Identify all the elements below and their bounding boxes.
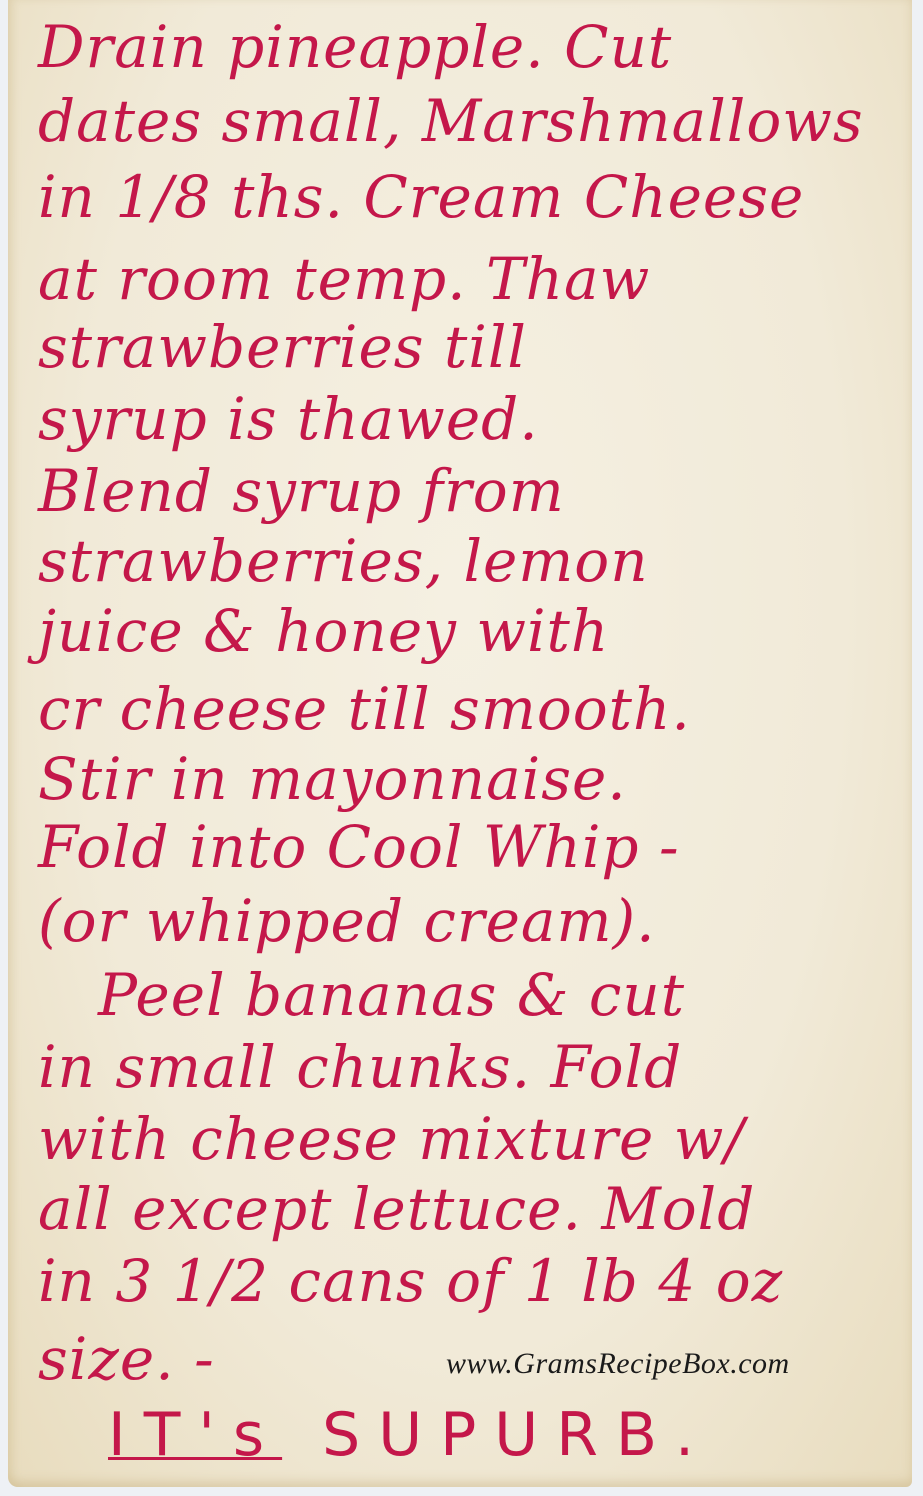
recipe-line: (or whipped cream). bbox=[38, 892, 656, 950]
closing-its: IT's bbox=[108, 1400, 282, 1470]
recipe-line: in 3 1/2 cans of 1 lb 4 oz bbox=[38, 1252, 783, 1310]
recipe-line: juice & honey with bbox=[38, 602, 609, 660]
recipe-line: Fold into Cool Whip - bbox=[38, 818, 680, 876]
recipe-line: Drain pineapple. Cut bbox=[38, 18, 672, 76]
recipe-line: with cheese mixture w/ bbox=[38, 1110, 745, 1168]
closing-remark: IT'sSUPURB. bbox=[108, 1400, 712, 1470]
recipe-line: Stir in mayonnaise. bbox=[38, 750, 627, 808]
recipe-line: at room temp. Thaw bbox=[38, 250, 650, 308]
closing-superb: SUPURB. bbox=[322, 1400, 712, 1470]
recipe-line: size. - bbox=[38, 1330, 215, 1388]
recipe-line: cr cheese till smooth. bbox=[38, 680, 691, 738]
recipe-line: syrup is thawed. bbox=[38, 390, 539, 448]
recipe-line: in small chunks. Fold bbox=[38, 1038, 682, 1096]
recipe-card: Drain pineapple. Cut dates small, Marshm… bbox=[8, 0, 912, 1487]
recipe-line: strawberries till bbox=[38, 318, 527, 376]
recipe-line: strawberries, lemon bbox=[38, 532, 649, 590]
recipe-card-page: Drain pineapple. Cut dates small, Marshm… bbox=[0, 0, 923, 1496]
recipe-line: Blend syrup from bbox=[38, 462, 565, 520]
recipe-line: Peel bananas & cut bbox=[98, 966, 685, 1024]
website-watermark: www.GramsRecipeBox.com bbox=[446, 1347, 790, 1381]
recipe-line: all except lettuce. Mold bbox=[38, 1180, 755, 1238]
recipe-line: dates small, Marshmallows bbox=[38, 92, 864, 150]
recipe-line: in 1/8 ths. Cream Cheese bbox=[38, 168, 804, 226]
